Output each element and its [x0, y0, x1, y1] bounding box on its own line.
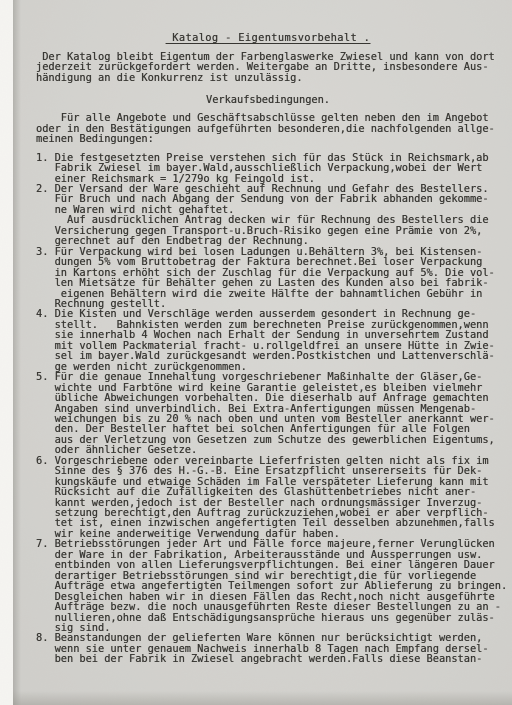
document-content: Katalog - Eigentumsvorbehalt . Der Katal… — [36, 33, 500, 665]
term-item-1: 1. Die festgesetzten Preise verstehen si… — [36, 153, 500, 184]
term-item-2: 2. Der Versand der Ware geschieht auf Re… — [36, 184, 500, 247]
document-title: Katalog - Eigentumsvorbehalt . — [36, 33, 500, 43]
term-item-7: 7. Betriebsstörungen jeder Art und Fälle… — [36, 539, 500, 633]
term-item-3: 3. Für Verpackung wird bei losen Ladunge… — [36, 247, 500, 310]
section-heading: Verkaufsbedingungen. — [36, 95, 500, 105]
scan-left-margin — [0, 0, 13, 705]
scanned-document-page: Katalog - Eigentumsvorbehalt . Der Katal… — [0, 0, 512, 705]
term-item-6: 6. Vorgeschriebene oder vereinbarte Lief… — [36, 456, 500, 540]
preamble-paragraph: Für alle Angebote und Geschäftsabschlüss… — [36, 113, 500, 144]
terms-list: 1. Die festgesetzten Preise verstehen si… — [36, 153, 500, 665]
term-item-4: 4. Die Kisten und Verschläge werden auss… — [36, 309, 500, 372]
scan-bottom-shade — [13, 691, 512, 705]
scan-left-edge-shadow — [13, 0, 21, 705]
term-item-8: 8. Beanstandungen der gelieferten Ware k… — [36, 633, 500, 664]
intro-paragraph: Der Katalog bleibt Eigentum der Farbengl… — [36, 52, 500, 83]
term-item-5: 5. Für die genaue Innehaltung vorgeschri… — [36, 372, 500, 456]
